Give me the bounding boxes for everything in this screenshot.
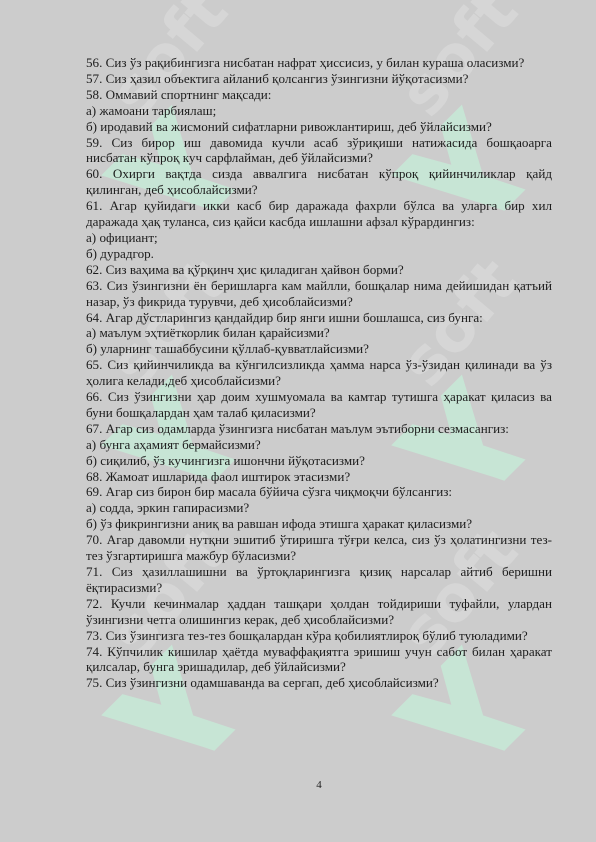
question-item: 70. Агар давомли нутқни эшитиб ўтиришга … — [86, 532, 552, 564]
item-text: 69. Агар сиз бирон бир масала бўйича сўз… — [86, 484, 552, 500]
item-text: 73. Сиз ўзингизга тез-тез бошқалардан кў… — [86, 628, 552, 644]
question-item: 75. Сиз ўзингизни одамшаванда ва сергап,… — [86, 675, 552, 691]
answer-option: а) жамоани тарбиялаш; — [86, 103, 552, 119]
item-text: 60. Охирги вақтда сизда аввалгига нисбат… — [86, 166, 552, 198]
answer-option: а) содда, эркин гапирасизми? — [86, 500, 552, 516]
item-text: 62. Сиз ваҳима ва қўрқинч ҳис қиладиган … — [86, 262, 552, 278]
item-text: 67. Агар сиз одамларда ўзингизга нисбата… — [86, 421, 552, 437]
document-page: softsoftsoftsoftsoftsoft 56. Сиз ўз рақи… — [0, 0, 596, 842]
item-text: 68. Жамоат ишларида фаол иштирок этасизм… — [86, 469, 552, 485]
item-text: 70. Агар давомли нутқни эшитиб ўтиришга … — [86, 532, 552, 564]
item-text: а) бунга аҳамият бермайсизми? — [86, 437, 552, 453]
answer-option: б) сиқилиб, ўз кучингизга ишончни йўқота… — [86, 453, 552, 469]
question-list: 56. Сиз ўз рақибингизга нисбатан нафрат … — [86, 55, 552, 691]
item-text: 74. Кўпчилик кишилар ҳаётда муваффақиятг… — [86, 644, 552, 676]
question-item: 57. Сиз ҳазил объектига айланиб қолсанги… — [86, 71, 552, 87]
item-text: 66. Сиз ўзингизни ҳар доим хушмуомала ва… — [86, 389, 552, 421]
page-number: 4 — [0, 779, 596, 791]
item-text: 58. Оммавий спортнинг мақсади: — [86, 87, 552, 103]
question-item: 66. Сиз ўзингизни ҳар доим хушмуомала ва… — [86, 389, 552, 421]
item-text: а) содда, эркин гапирасизми? — [86, 500, 552, 516]
answer-option: а) маълум эҳтиёткорлик билан қарайсизми? — [86, 325, 552, 341]
question-item: 60. Охирги вақтда сизда аввалгига нисбат… — [86, 166, 552, 198]
question-item: 63. Сиз ўзингизни ён беришларга кам майл… — [86, 278, 552, 310]
item-text: а) жамоани тарбиялаш; — [86, 103, 552, 119]
question-item: 65. Сиз қийинчиликда ва кўнгилсизликда ҳ… — [86, 357, 552, 389]
item-text: а) маълум эҳтиёткорлик билан қарайсизми? — [86, 325, 552, 341]
item-text: 56. Сиз ўз рақибингизга нисбатан нафрат … — [86, 55, 552, 71]
item-text: 57. Сиз ҳазил объектига айланиб қолсанги… — [86, 71, 552, 87]
answer-option: а) официант; — [86, 230, 552, 246]
item-text: 65. Сиз қийинчиликда ва кўнгилсизликда ҳ… — [86, 357, 552, 389]
item-text: 72. Кучли кечинмалар ҳаддан ташқари ҳолд… — [86, 596, 552, 628]
item-text: б) ўз фикрингизни аниқ ва равшан ифода э… — [86, 516, 552, 532]
question-item: 74. Кўпчилик кишилар ҳаётда муваффақиятг… — [86, 644, 552, 676]
question-item: 58. Оммавий спортнинг мақсади: — [86, 87, 552, 103]
item-text: 59. Сиз бирор иш давомида кучли асаб зўр… — [86, 135, 552, 167]
answer-option: б) уларнинг ташаббусини қўллаб-қувватлай… — [86, 341, 552, 357]
item-text: а) официант; — [86, 230, 552, 246]
item-text: 63. Сиз ўзингизни ён беришларга кам майл… — [86, 278, 552, 310]
question-item: 67. Агар сиз одамларда ўзингизга нисбата… — [86, 421, 552, 437]
question-item: 61. Агар қуйидаги икки касб бир даражада… — [86, 198, 552, 230]
question-item: 56. Сиз ўз рақибингизга нисбатан нафрат … — [86, 55, 552, 71]
question-item: 64. Агар дўстларингиз қандайдир бир янги… — [86, 310, 552, 326]
answer-option: б) иродавий ва жисмоний сифатларни ривож… — [86, 119, 552, 135]
question-item: 71. Сиз ҳазиллашишни ва ўртоқларингизга … — [86, 564, 552, 596]
item-text: б) дурадгор. — [86, 246, 552, 262]
item-text: 71. Сиз ҳазиллашишни ва ўртоқларингизга … — [86, 564, 552, 596]
item-text: 61. Агар қуйидаги икки касб бир даражада… — [86, 198, 552, 230]
item-text: б) сиқилиб, ўз кучингизга ишончни йўқота… — [86, 453, 552, 469]
question-item: 68. Жамоат ишларида фаол иштирок этасизм… — [86, 469, 552, 485]
answer-option: а) бунга аҳамият бермайсизми? — [86, 437, 552, 453]
item-text: 75. Сиз ўзингизни одамшаванда ва сергап,… — [86, 675, 552, 691]
question-item: 62. Сиз ваҳима ва қўрқинч ҳис қиладиган … — [86, 262, 552, 278]
question-item: 72. Кучли кечинмалар ҳаддан ташқари ҳолд… — [86, 596, 552, 628]
answer-option: б) ўз фикрингизни аниқ ва равшан ифода э… — [86, 516, 552, 532]
answer-option: б) дурадгор. — [86, 246, 552, 262]
item-text: б) иродавий ва жисмоний сифатларни ривож… — [86, 119, 552, 135]
question-item: 69. Агар сиз бирон бир масала бўйича сўз… — [86, 484, 552, 500]
question-item: 59. Сиз бирор иш давомида кучли асаб зўр… — [86, 135, 552, 167]
question-item: 73. Сиз ўзингизга тез-тез бошқалардан кў… — [86, 628, 552, 644]
item-text: б) уларнинг ташаббусини қўллаб-қувватлай… — [86, 341, 552, 357]
item-text: 64. Агар дўстларингиз қандайдир бир янги… — [86, 310, 552, 326]
